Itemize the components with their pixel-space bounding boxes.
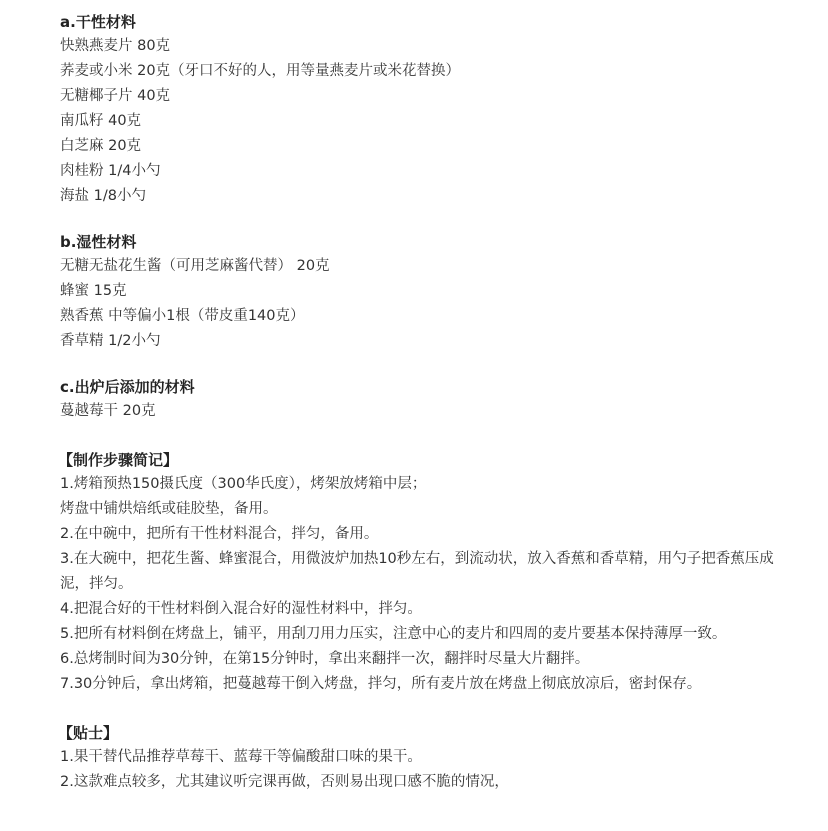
section-title-after: c.出炉后添加的材料 xyxy=(60,375,800,399)
step-line: 3.在大碗中，把花生酱、蜂蜜混合，用微波炉加热10秒左右，到流动状，放入香蕉和香… xyxy=(60,547,785,597)
ingredient-line: 香草精 1/2小勺 xyxy=(60,329,800,354)
ingredient-line: 南瓜籽 40克 xyxy=(60,109,800,134)
ingredient-line: 蜂蜜 15克 xyxy=(60,279,800,304)
ingredient-line: 无糖无盐花生酱（可用芝麻酱代替） 20克 xyxy=(60,254,800,279)
ingredient-line: 快熟燕麦片 80克 xyxy=(60,34,800,59)
step-line: 1.烤箱预热150摄氏度（300华氏度），烤架放烤箱中层； xyxy=(60,472,800,497)
ingredient-line: 海盐 1/8小勺 xyxy=(60,184,800,209)
ingredient-line: 肉桂粉 1/4小勺 xyxy=(60,159,800,184)
spacer xyxy=(60,209,800,230)
ingredient-line: 白芝麻 20克 xyxy=(60,134,800,159)
tips-section: 【贴士】 1.果干替代品推荐草莓干、蓝莓干等偏酸甜口味的果干。 2.这款难点较多… xyxy=(60,721,800,795)
step-line: 2.在中碗中，把所有干性材料混合，拌匀，备用。 xyxy=(60,522,800,547)
recipe-document: a.干性材料 快熟燕麦片 80克 荞麦或小米 20克（牙口不好的人，用等量燕麦片… xyxy=(60,10,800,795)
section-title-steps: 【制作步骤简记】 xyxy=(58,448,800,472)
tip-line: 2.这款难点较多，尤其建议听完课再做，否则易出现口感不脆的情况， xyxy=(60,770,800,795)
wet-ingredients-section: b.湿性材料 无糖无盐花生酱（可用芝麻酱代替） 20克 蜂蜜 15克 熟香蕉 中… xyxy=(60,230,800,354)
tip-line: 1.果干替代品推荐草莓干、蓝莓干等偏酸甜口味的果干。 xyxy=(60,745,800,770)
spacer xyxy=(60,424,800,448)
section-title-tips: 【贴士】 xyxy=(58,721,800,745)
step-line: 5.把所有材料倒在烤盘上，铺平，用刮刀用力压实，注意中心的麦片和四周的麦片要基本… xyxy=(60,622,785,647)
section-title-wet: b.湿性材料 xyxy=(60,230,800,254)
spacer xyxy=(60,697,800,721)
ingredient-line: 无糖椰子片 40克 xyxy=(60,84,800,109)
ingredient-line: 荞麦或小米 20克（牙口不好的人，用等量燕麦片或米花替换） xyxy=(60,59,800,84)
ingredient-line: 蔓越莓干 20克 xyxy=(60,399,800,424)
step-line: 7.30分钟后，拿出烤箱，把蔓越莓干倒入烤盘，拌匀，所有麦片放在烤盘上彻底放凉后… xyxy=(60,672,800,697)
step-line: 4.把混合好的干性材料倒入混合好的湿性材料中，拌匀。 xyxy=(60,597,800,622)
section-title-dry: a.干性材料 xyxy=(60,10,800,34)
spacer xyxy=(60,354,800,375)
step-line: 烤盘中铺烘焙纸或硅胶垫，备用。 xyxy=(60,497,800,522)
step-line: 6.总烤制时间为30分钟，在第15分钟时，拿出来翻拌一次，翻拌时尽量大片翻拌。 xyxy=(60,647,800,672)
ingredient-line: 熟香蕉 中等偏小1根（带皮重140克） xyxy=(60,304,800,329)
dry-ingredients-section: a.干性材料 快熟燕麦片 80克 荞麦或小米 20克（牙口不好的人，用等量燕麦片… xyxy=(60,10,800,209)
steps-section: 【制作步骤简记】 1.烤箱预热150摄氏度（300华氏度），烤架放烤箱中层； 烤… xyxy=(60,448,800,697)
after-baking-section: c.出炉后添加的材料 蔓越莓干 20克 xyxy=(60,375,800,424)
